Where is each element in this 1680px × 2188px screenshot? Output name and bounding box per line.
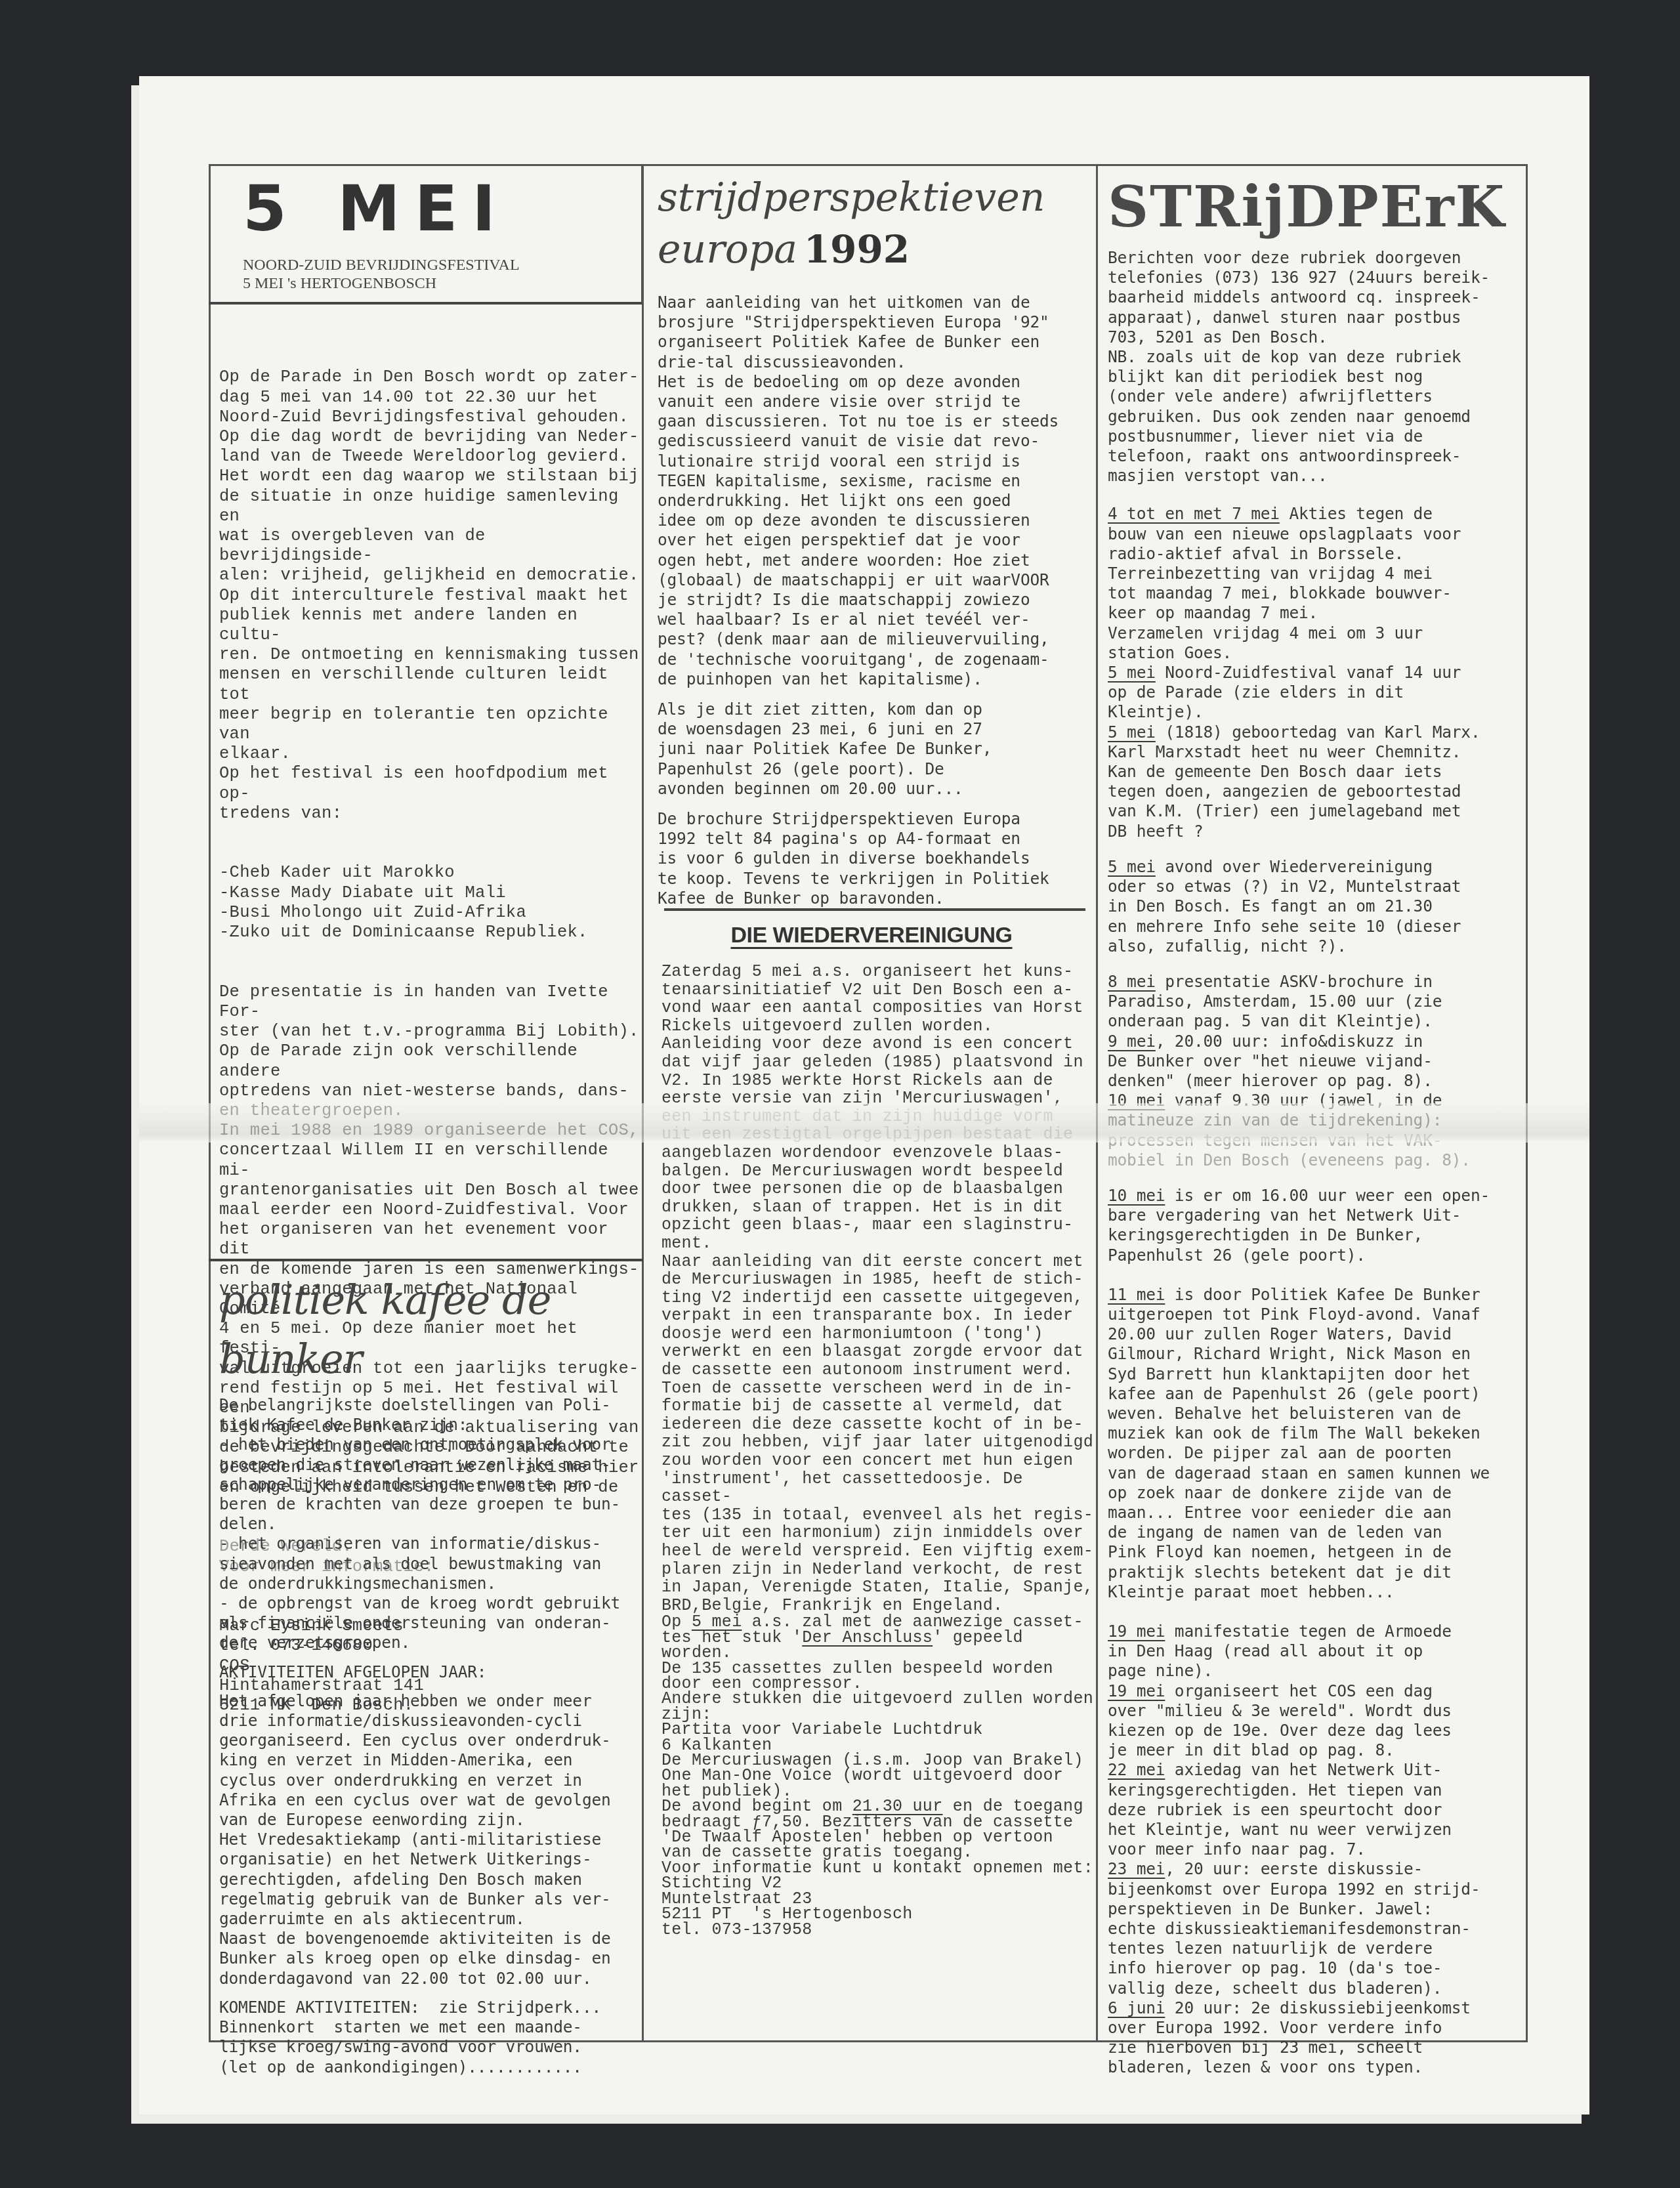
entry-date: 8 mei — [1108, 972, 1156, 991]
subtitle-location: 5 MEI 's HERTOGENBOSCH — [243, 274, 436, 293]
headline-5-mei: 5 MEI — [243, 172, 510, 245]
entry-text: is door Politiek Kafee De Bunker uitgero… — [1108, 1285, 1490, 1601]
entry-text: (1818) geboortedag van Karl Marx. Karl M… — [1108, 723, 1480, 841]
entry-date: 23 mei — [1108, 1859, 1165, 1878]
europa-paragraph-1: Naar aanleiding van het uitkomen van de … — [658, 293, 1084, 689]
entry-date: 11 mei — [1108, 1285, 1165, 1304]
strijdperk-entries: 4 tot en met 7 mei Akties tegen de bouw … — [1108, 504, 1521, 2077]
entry-text: Akties tegen de bouw van een nieuwe opsl… — [1108, 504, 1461, 662]
kafee-activities: Het afgelopen jaar hebben we onder meer … — [219, 1691, 639, 1988]
europa-title-line-1: strijdperspektieven — [658, 172, 1084, 223]
strijdperk-title: STRijDPErK — [1108, 175, 1521, 240]
strijdperk-entry: 19 mei organiseert het COS een dag over … — [1108, 1681, 1521, 1761]
article-wiedervereinigung: DIE WIEDERVEREINIGUNG Zaterdag 5 mei a.s… — [661, 923, 1095, 1937]
entry-date: 5 mei — [1108, 663, 1156, 682]
europa-title-line-2: europa 1992 — [658, 223, 1084, 286]
entry-text: avond over Wiedervereinigung oder so etw… — [1108, 857, 1461, 956]
entry-date: 19 mei — [1108, 1622, 1165, 1641]
wieder-paragraph-1: Zaterdag 5 mei a.s. organiseert het kuns… — [661, 963, 1095, 1108]
newsletter-page: 5 MEI NOORD-ZUID BEVRIJDINGSFESTIVAL 5 M… — [139, 76, 1589, 2114]
entry-text: , 20 uur: eerste diskussie- bijeenkomst … — [1108, 1859, 1480, 1997]
strijdperk-entry: 10 mei is er om 16.00 uur weer een open-… — [1108, 1186, 1521, 1265]
kafee-goals: De belangrijkste doelstellingen van Poli… — [219, 1395, 639, 1653]
entry-date: 4 tot en met 7 mei — [1108, 504, 1280, 523]
entry-date: 22 mei — [1108, 1760, 1165, 1779]
strijdperk-entry: 22 mei axiedag van het Netwerk Uit- keri… — [1108, 1760, 1521, 1859]
strijdperk-entry: 5 mei (1818) geboortedag van Karl Marx. … — [1108, 723, 1521, 841]
strijdperk-entry: 5 mei Noord-Zuidfestival vanaf 14 uur op… — [1108, 663, 1521, 723]
section-rule-wieder — [664, 908, 1085, 911]
article-europa-1992: strijdperspektieven europa 1992 Naar aan… — [658, 172, 1084, 919]
europa-paragraph-3: De brochure Strijdperspektieven Europa 1… — [658, 809, 1084, 908]
entry-date: 5 mei — [1108, 857, 1156, 876]
entry-date: 6 juni — [1108, 1998, 1165, 2017]
entry-text: , 20.00 uur: info&diskuzz in De Bunker o… — [1108, 1032, 1433, 1090]
kafee-title: politiek kafee de bunker — [219, 1271, 639, 1389]
europa-paragraph-2: Als je dit ziet zitten, kom dan op de wo… — [658, 700, 1084, 799]
article-5-mei-header: 5 MEI NOORD-ZUID BEVRIJDINGSFESTIVAL 5 M… — [209, 164, 643, 305]
europa-title-year: 1992 — [804, 227, 910, 272]
entry-date: 9 mei — [1108, 1032, 1156, 1051]
subtitle-festival: NOORD-ZUID BEVRIJDINGSFESTIVAL — [243, 256, 520, 274]
strijdperk-entry: 19 mei manifestatie tegen de Armoede in … — [1108, 1622, 1521, 1681]
strijdperk-entry: 4 tot en met 7 mei Akties tegen de bouw … — [1108, 504, 1521, 663]
wieder-piece-title: Der Anschluss — [802, 1628, 933, 1647]
wieder-paragraph-2: aangeblazen wordendoor evenzovele blaas-… — [661, 1144, 1095, 1614]
strijdperk-entry: 9 mei, 20.00 uur: info&diskuzz in De Bun… — [1108, 1032, 1521, 1091]
article-kafee-bunker: politiek kafee de bunker De belangrijkst… — [219, 1271, 639, 2077]
strijdperk-entry: 23 mei, 20 uur: eerste diskussie- bijeen… — [1108, 1859, 1521, 1998]
strijdperk-intro: Berichten voor deze rubriek doorgeven te… — [1108, 248, 1521, 486]
strijdperk-entry: 11 mei is door Politiek Kafee De Bunker … — [1108, 1285, 1521, 1602]
kafee-activities-heading: AKTIVITEITEN AFGELOPEN JAAR: — [219, 1662, 639, 1682]
entry-text: is er om 16.00 uur weer een open- bare v… — [1108, 1186, 1490, 1265]
strijdperk-entry: 6 juni 20 uur: 2e diskussiebijeenkomst o… — [1108, 1998, 1521, 2078]
entry-date: 5 mei — [1108, 723, 1156, 742]
entry-date: 19 mei — [1108, 1681, 1165, 1700]
section-rule-kafee — [209, 1259, 643, 1261]
paper-fold — [139, 1103, 1589, 1143]
entry-date: 10 mei — [1108, 1186, 1165, 1205]
strijdperk-entry: 5 mei avond over Wiedervereinigung oder … — [1108, 857, 1521, 956]
festival-lineup: -Cheb Kader uit Marokko -Kasse Mady Diab… — [219, 863, 639, 942]
strijdperk-entry: 8 mei presentatie ASKV-brochure in Parad… — [1108, 972, 1521, 1032]
wieder-title: DIE WIEDERVEREINIGUNG — [661, 923, 1081, 948]
wieder-p3-end: en de toegang bedraagt ƒ7,50. Bezitters … — [661, 1797, 1093, 1939]
festival-intro: Op de Parade in Den Bosch wordt op zater… — [219, 368, 639, 824]
europa-title-script: europa — [658, 226, 797, 272]
wieder-p3-rest: ' gepeeld worden. De 135 cassettes zulle… — [661, 1628, 1093, 1816]
entry-text: Noord-Zuidfestival vanaf 14 uur op de Pa… — [1108, 663, 1461, 721]
kafee-upcoming: KOMENDE AKTIVITEITEN: zie Strijdperk... … — [219, 1998, 639, 2077]
wieder-paragraph-3: Op 5 mei a.s. zal met de aanwezige casse… — [661, 1614, 1095, 1937]
entry-text: presentatie ASKV-brochure in Paradiso, A… — [1108, 972, 1442, 1030]
